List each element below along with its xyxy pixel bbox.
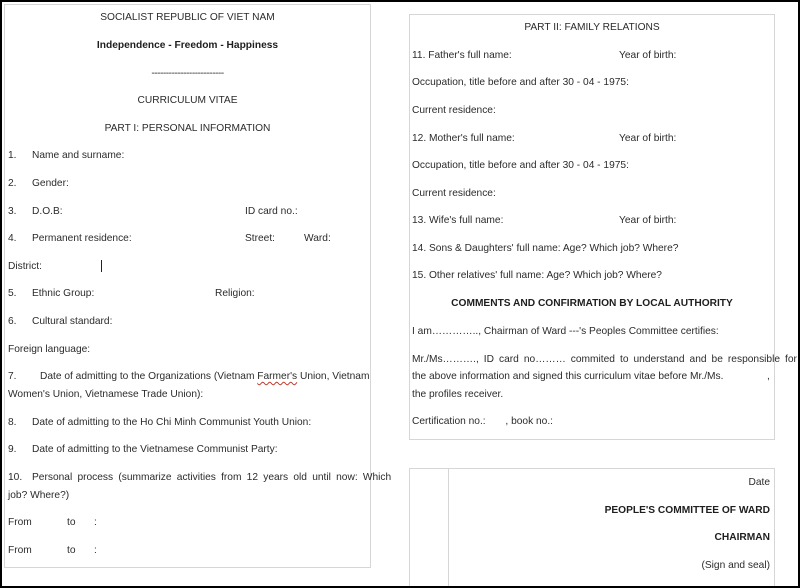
field-organizations[interactable]: 7.Date of admitting to the Organizations… xyxy=(8,371,369,382)
field-religion[interactable]: Religion: xyxy=(215,288,255,299)
field-label: Date of admitting to the Ho Chi Minh Com… xyxy=(32,417,311,428)
field-number: 10. xyxy=(8,472,32,483)
colon: : xyxy=(94,517,97,528)
field-father-name[interactable]: 11. Father's full name: xyxy=(412,50,512,61)
signature-table: Date PEOPLE'S COMMITTEE OF WARD CHAIRMAN… xyxy=(409,468,775,588)
field-ward[interactable]: Ward: xyxy=(304,233,331,244)
to-label: to xyxy=(67,545,94,556)
field-label: Gender: xyxy=(32,178,69,189)
sign-and-seal-label: (Sign and seal) xyxy=(701,560,770,571)
field-mother-occupation[interactable]: Occupation, title before and after 30 - … xyxy=(412,160,629,171)
field-certification-number[interactable]: Certification no.: , book no.: xyxy=(412,416,553,427)
field-gender[interactable]: 2.Gender: xyxy=(8,178,69,189)
field-mother-residence[interactable]: Current residence: xyxy=(412,188,496,199)
motto: Independence - Freedom - Happiness xyxy=(5,40,370,51)
field-label: Name and surname: xyxy=(32,150,124,161)
field-dob[interactable]: 3.D.O.B: xyxy=(8,206,63,217)
field-father-year[interactable]: Year of birth: xyxy=(619,50,676,61)
field-youth-union[interactable]: 8.Date of admitting to the Ho Chi Minh C… xyxy=(8,417,311,428)
field-number: 1. xyxy=(8,150,32,161)
field-label: Cultural standard: xyxy=(32,316,112,327)
field-number: 2. xyxy=(8,178,32,189)
field-personal-process[interactable]: 10.Personal process (summarize activitie… xyxy=(8,472,369,483)
from-label: From xyxy=(8,545,67,556)
spellcheck-word: Farmer's xyxy=(257,371,297,382)
date-label[interactable]: Date xyxy=(748,477,770,488)
from-to-row[interactable]: Fromto: xyxy=(8,517,97,528)
country-heading: SOCIALIST REPUBLIC OF VIET NAM xyxy=(5,12,370,23)
field-number: 3. xyxy=(8,206,32,217)
field-label: Date of admitting to the Vietnamese Comm… xyxy=(32,444,278,455)
field-organizations-continued: Women's Union, Vietnamese Trade Union): xyxy=(8,389,203,400)
field-mother-name[interactable]: 12. Mother's full name: xyxy=(412,133,515,144)
field-cultural-standard[interactable]: 6.Cultural standard: xyxy=(8,316,112,327)
colon: : xyxy=(94,545,97,556)
field-number: 9. xyxy=(8,444,32,455)
document-title: CURRICULUM VITAE xyxy=(5,95,370,106)
field-father-residence[interactable]: Current residence: xyxy=(412,105,496,116)
personal-information-page: SOCIALIST REPUBLIC OF VIET NAM Independe… xyxy=(4,4,371,568)
field-communist-party[interactable]: 9.Date of admitting to the Vietnamese Co… xyxy=(8,444,278,455)
text-cursor xyxy=(101,260,102,272)
field-district[interactable]: District: xyxy=(8,261,42,272)
commitment-statement-end: the profiles receiver. xyxy=(412,389,503,400)
part-two-title: PART II: FAMILY RELATIONS xyxy=(410,22,774,33)
commitment-statement: Mr./Ms………., ID card no……… commited to un… xyxy=(412,354,773,365)
family-relations-section: PART II: FAMILY RELATIONS 11. Father's f… xyxy=(409,14,775,440)
field-personal-process-continued: job? Where?) xyxy=(8,490,69,501)
field-children[interactable]: 14. Sons & Daughters' full name: Age? Wh… xyxy=(412,243,678,254)
table-column-divider xyxy=(448,469,449,588)
field-label: Personal process (summarize activities f… xyxy=(32,472,391,483)
chairman-label: CHAIRMAN xyxy=(715,532,770,543)
field-number: 4. xyxy=(8,233,32,244)
separator-line: ------------------------- xyxy=(5,68,370,79)
field-label-part: Date of admitting to the Organizations (… xyxy=(40,371,257,382)
field-permanent-residence[interactable]: 4.Permanent residence: xyxy=(8,233,132,244)
to-label: to xyxy=(67,517,94,528)
field-street[interactable]: Street: xyxy=(245,233,275,244)
field-label: D.O.B: xyxy=(32,206,63,217)
field-wife-name[interactable]: 13. Wife's full name: xyxy=(412,215,503,226)
from-label: From xyxy=(8,517,67,528)
certify-statement: I am………….., Chairman of Ward ---'s Peopl… xyxy=(412,326,719,337)
comments-title: COMMENTS AND CONFIRMATION BY LOCAL AUTHO… xyxy=(410,298,774,309)
comma: , xyxy=(767,371,770,382)
commitment-statement-continued: the above information and signed this cu… xyxy=(412,371,723,382)
part-one-title: PART I: PERSONAL INFORMATION xyxy=(5,123,370,134)
field-number: 6. xyxy=(8,316,32,327)
field-foreign-language[interactable]: Foreign language: xyxy=(8,344,90,355)
field-label: Permanent residence: xyxy=(32,233,132,244)
field-number: 5. xyxy=(8,288,32,299)
field-label: Ethnic Group: xyxy=(32,288,94,299)
field-other-relatives[interactable]: 15. Other relatives' full name: Age? Whi… xyxy=(412,270,662,281)
from-to-row[interactable]: Fromto: xyxy=(8,545,97,556)
field-id-card[interactable]: ID card no.: xyxy=(245,206,298,217)
field-number: 8. xyxy=(8,417,32,428)
committee-label: PEOPLE'S COMMITTEE OF WARD xyxy=(605,505,770,516)
field-name-surname[interactable]: 1.Name and surname: xyxy=(8,150,124,161)
field-number: 7. xyxy=(8,371,40,382)
field-label-part: Union, Vietnam xyxy=(297,371,369,382)
field-mother-year[interactable]: Year of birth: xyxy=(619,133,676,144)
field-wife-year[interactable]: Year of birth: xyxy=(619,215,676,226)
field-ethnic-group[interactable]: 5.Ethnic Group: xyxy=(8,288,94,299)
field-father-occupation[interactable]: Occupation, title before and after 30 - … xyxy=(412,77,629,88)
